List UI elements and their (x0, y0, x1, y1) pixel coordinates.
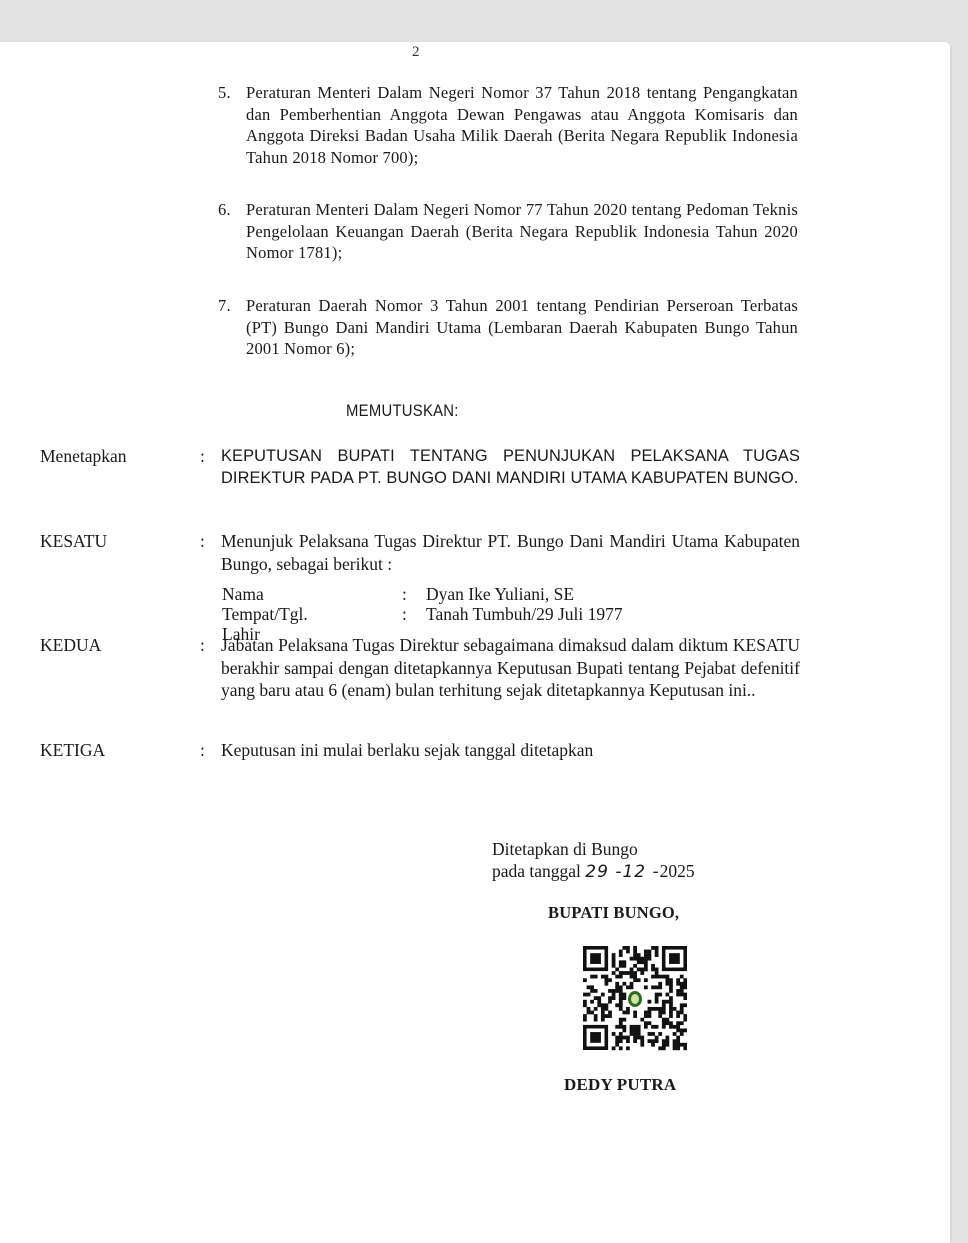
place-line: Ditetapkan di Bungo (492, 838, 695, 860)
diktum-kesatu: KESATU : Menunjuk Pelaksana Tugas Direkt… (40, 530, 800, 575)
diktum-kedua: KEDUA : Jabatan Pelaksana Tugas Direktur… (40, 634, 800, 702)
office-title: BUPATI BUNGO, (548, 903, 679, 923)
diktum-text: Jabatan Pelaksana Tugas Direktur sebagai… (221, 634, 800, 702)
signer-name: DEDY PUTRA (564, 1075, 676, 1095)
diktum-colon: : (200, 445, 205, 468)
diktum-menetapkan: Menetapkan : KEPUTUSAN BUPATI TENTANG PE… (40, 445, 800, 489)
item-number: 7. (218, 295, 244, 317)
diktum-label: Menetapkan (40, 445, 127, 468)
diktum-colon: : (200, 634, 205, 657)
item-text: Peraturan Menteri Dalam Negeri Nomor 77 … (246, 199, 798, 264)
page-number: 2 (412, 44, 420, 61)
detail-key: Nama (222, 584, 264, 604)
handwritten-date: 29 -12 - (585, 862, 659, 882)
diktum-label: KEDUA (40, 634, 101, 657)
detail-value: Tanah Tumbuh/29 Juli 1977 (426, 604, 623, 624)
item-number: 6. (218, 199, 244, 221)
diktum-label: KESATU (40, 530, 107, 553)
item-number: 5. (218, 82, 244, 104)
diktum-colon: : (200, 739, 205, 762)
detail-colon: : (402, 604, 407, 624)
diktum-label: KETIGA (40, 739, 105, 762)
item-text: Peraturan Menteri Dalam Negeri Nomor 37 … (246, 82, 798, 168)
diktum-text: Menunjuk Pelaksana Tugas Direktur PT. Bu… (221, 530, 800, 575)
detail-value: Dyan Ike Yuliani, SE (426, 584, 574, 604)
date-line: pada tanggal 29 -12 -2025 (492, 860, 695, 883)
diktum-text: KEPUTUSAN BUPATI TENTANG PENUNJUKAN PELA… (221, 445, 800, 489)
decision-heading: MEMUTUSKAN: (346, 402, 459, 421)
diktum-ketiga: KETIGA : Keputusan ini mulai berlaku sej… (40, 739, 800, 762)
consideration-item: 7. Peraturan Daerah Nomor 3 Tahun 2001 t… (218, 295, 798, 360)
diktum-colon: : (200, 530, 205, 553)
date-prefix: pada tanggal (492, 861, 581, 881)
qr-code-icon (583, 946, 687, 1052)
consideration-item: 5. Peraturan Menteri Dalam Negeri Nomor … (218, 82, 798, 168)
item-text: Peraturan Daerah Nomor 3 Tahun 2001 tent… (246, 295, 798, 360)
consideration-item: 6. Peraturan Menteri Dalam Negeri Nomor … (218, 199, 798, 264)
signature-block: Ditetapkan di Bungo pada tanggal 29 -12 … (492, 838, 695, 883)
date-year: 2025 (660, 861, 695, 881)
diktum-text: Keputusan ini mulai berlaku sejak tangga… (221, 739, 800, 762)
detail-colon: : (402, 584, 407, 604)
